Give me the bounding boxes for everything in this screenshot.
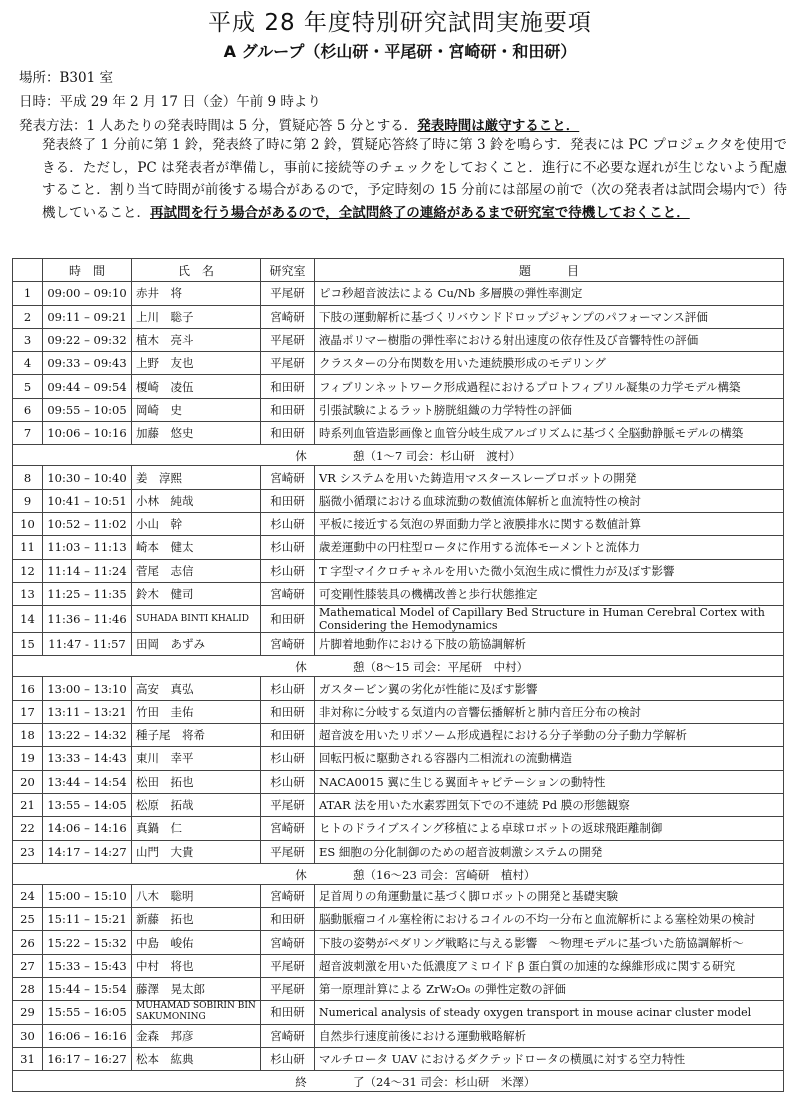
row-time: 09:00 – 09:10	[43, 282, 132, 305]
row-time: 09:55 – 10:05	[43, 398, 132, 421]
row-name: 姜 淳熙	[132, 466, 261, 489]
row-number: 1	[13, 282, 43, 305]
row-title: 下肢の運動解析に基づくリバウンドドロップジャンプのパフォーマンス評価	[315, 305, 784, 328]
row-time: 13:00 – 13:10	[43, 677, 132, 700]
table-row: 2314:17 – 14:27山門 大貴平尾研ES 細胞の分化制御のための超音波…	[13, 840, 784, 863]
row-title: T 字型マイクロチャネルを用いた微小気泡生成に慣性力が及ぼす影響	[315, 559, 784, 582]
row-number: 30	[13, 1024, 43, 1047]
table-row: 2415:00 – 15:10八木 聡明宮崎研足首周りの角運動量に基づく脚ロボッ…	[13, 884, 784, 907]
row-title: Numerical analysis of steady oxygen tran…	[315, 1001, 784, 1024]
row-title: 超音波刺激を用いた低濃度アミロイド β 蛋白質の加速的な線維形成に関する研究	[315, 954, 784, 977]
table-row: 1913:33 – 14:43東川 幸平杉山研回転円板に駆動される容器内二相流れ…	[13, 747, 784, 770]
table-row: 3016:06 – 16:16金森 邦彦宮崎研自然歩行速度前後における運動戦略解…	[13, 1024, 784, 1047]
row-name: 東川 幸平	[132, 747, 261, 770]
table-row: 1511:47 - 11:57田岡 あずみ宮崎研片脚着地動作における下肢の筋協調…	[13, 633, 784, 656]
row-number: 8	[13, 466, 43, 489]
row-lab: 宮崎研	[261, 1024, 315, 1047]
row-lab: 平尾研	[261, 793, 315, 816]
row-lab: 杉山研	[261, 559, 315, 582]
header-lab: 研究室	[261, 259, 315, 282]
row-name: 竹田 圭佑	[132, 700, 261, 723]
row-time: 14:06 – 14:16	[43, 817, 132, 840]
method-info: 発表方法：1 人あたりの発表時間は 5 分，質疑応答 5 分とする．発表時間は厳…	[19, 116, 579, 136]
row-title: 液晶ポリマー樹脂の弾性率における射出速度の依存性及び音響特性の評価	[315, 328, 784, 351]
row-number: 9	[13, 489, 43, 512]
table-row: 2214:06 – 14:16真鍋 仁宮崎研ヒトのドライブスイング移植による卓球…	[13, 817, 784, 840]
row-lab: 平尾研	[261, 978, 315, 1001]
row-number: 31	[13, 1047, 43, 1070]
row-number: 27	[13, 954, 43, 977]
row-title: 超音波を用いたリポソーム形成過程における分子挙動の分子動力学解析	[315, 724, 784, 747]
row-lab: 和田研	[261, 1001, 315, 1024]
row-number: 23	[13, 840, 43, 863]
row-number: 28	[13, 978, 43, 1001]
method-emphasis: 発表時間は厳守すること．	[417, 118, 579, 134]
row-name: 上川 聡子	[132, 305, 261, 328]
row-number: 11	[13, 536, 43, 559]
row-lab: 宮崎研	[261, 817, 315, 840]
table-row: 2013:44 – 14:54松田 拓也杉山研NACA0015 翼に生じる翼面キ…	[13, 770, 784, 793]
table-row: 509:44 – 09:54榎崎 凌伍和田研フィブリンネットワーク形成過程におけ…	[13, 375, 784, 398]
instructions-paragraph: 発表終了 1 分前に第 1 鈴，発表終了時に第 2 鈴，質疑応答終了時に第 3 …	[42, 134, 787, 224]
row-name: 植木 亮斗	[132, 328, 261, 351]
row-title: Mathematical Model of Capillary Bed Stru…	[315, 606, 784, 633]
row-lab: 杉山研	[261, 770, 315, 793]
row-name: 中島 峻佑	[132, 931, 261, 954]
row-time: 15:44 – 15:54	[43, 978, 132, 1001]
row-name: 岡崎 史	[132, 398, 261, 421]
table-row: 1311:25 – 11:35鈴木 健司宮崎研可変剛性膝装具の機構改善と歩行状態…	[13, 582, 784, 605]
row-number: 22	[13, 817, 43, 840]
row-lab: 平尾研	[261, 840, 315, 863]
row-name: 崎本 健太	[132, 536, 261, 559]
row-name: 八木 聡明	[132, 884, 261, 907]
row-name: 種子尾 将希	[132, 724, 261, 747]
row-lab: 宮崎研	[261, 884, 315, 907]
row-time: 11:25 – 11:35	[43, 582, 132, 605]
row-number: 19	[13, 747, 43, 770]
row-time: 14:17 – 14:27	[43, 840, 132, 863]
row-lab: 宮崎研	[261, 633, 315, 656]
row-number: 26	[13, 931, 43, 954]
row-lab: 和田研	[261, 606, 315, 633]
row-title: 片脚着地動作における下肢の筋協調解析	[315, 633, 784, 656]
row-title: VR システムを用いた鋳造用マスタースレーブロボットの開発	[315, 466, 784, 489]
page-title: 平成 28 年度特別研究試問実施要項	[0, 4, 800, 37]
table-row: 109:00 – 09:10赤井 将平尾研ピコ秒超音波法による Cu/Nb 多層…	[13, 282, 784, 305]
row-title: 足首周りの角運動量に基づく脚ロボットの開発と基礎実験	[315, 884, 784, 907]
row-time: 15:33 – 15:43	[43, 954, 132, 977]
row-name: 上野 友也	[132, 352, 261, 375]
row-title: 非対称に分岐する気道内の音響伝播解析と肺内音圧分布の検討	[315, 700, 784, 723]
row-number: 14	[13, 606, 43, 633]
row-lab: 平尾研	[261, 954, 315, 977]
row-title: 脳微小循環における血球流動の数値流体解析と血流特性の検討	[315, 489, 784, 512]
row-name: 真鍋 仁	[132, 817, 261, 840]
table-row: 209:11 – 09:21上川 聡子宮崎研下肢の運動解析に基づくリバウンドドロ…	[13, 305, 784, 328]
row-title: ヒトのドライブスイング移植による卓球ロボットの返球飛距離制御	[315, 817, 784, 840]
table-row: 1613:00 – 13:10高安 真弘杉山研ガスタービン翼の劣化が性能に及ぼす…	[13, 677, 784, 700]
instructions-emphasis: 再試問を行う場合があるので，全試問終了の連絡があるまで研究室で待機しておくこと．	[150, 205, 690, 221]
row-number: 7	[13, 422, 43, 445]
row-time: 13:11 – 13:21	[43, 700, 132, 723]
table-row: 710:06 – 10:16加藤 悠史和田研時系列血管造影画像と血管分岐生成アル…	[13, 422, 784, 445]
row-time: 09:44 – 09:54	[43, 375, 132, 398]
row-time: 10:52 – 11:02	[43, 512, 132, 535]
row-name: 榎崎 凌伍	[132, 375, 261, 398]
row-number: 15	[13, 633, 43, 656]
table-row: 910:41 – 10:51小林 純哉和田研脳微小循環における血球流動の数値流体…	[13, 489, 784, 512]
row-title: 時系列血管造影画像と血管分岐生成アルゴリズムに基づく全脳動静脈モデルの構築	[315, 422, 784, 445]
header-no	[13, 259, 43, 282]
row-title: 自然歩行速度前後における運動戦略解析	[315, 1024, 784, 1047]
row-title: 引張試験によるラット膀胱組織の力学特性の評価	[315, 398, 784, 421]
row-title: クラスターの分布関数を用いた連続膜形成のモデリング	[315, 352, 784, 375]
row-name: 松田 拓也	[132, 770, 261, 793]
row-title: ピコ秒超音波法による Cu/Nb 多層膜の弾性率測定	[315, 282, 784, 305]
break-row: 休憩（16〜23 司会：宮崎研 植村）	[13, 863, 784, 884]
row-name: 小山 幹	[132, 512, 261, 535]
table-row: 1813:22 – 14:32種子尾 将希和田研超音波を用いたリポソーム形成過程…	[13, 724, 784, 747]
break-cell: 休憩（8〜15 司会：平尾研 中村）	[13, 656, 784, 677]
row-title: 下肢の姿勢がペダリング戦略に与える影響 〜物理モデルに基づいた筋協調解析〜	[315, 931, 784, 954]
table-row: 3116:17 – 16:27松本 紘典杉山研マルチロータ UAV におけるダク…	[13, 1047, 784, 1070]
table-row: 309:22 – 09:32植木 亮斗平尾研液晶ポリマー樹脂の弾性率における射出…	[13, 328, 784, 351]
row-lab: 和田研	[261, 422, 315, 445]
row-time: 13:22 – 14:32	[43, 724, 132, 747]
header-time: 時 間	[43, 259, 132, 282]
date-info: 日時：平成 29 年 2 月 17 日（金）午前 9 時より	[19, 92, 321, 112]
row-name: 金森 邦彦	[132, 1024, 261, 1047]
row-time: 11:14 – 11:24	[43, 559, 132, 582]
row-time: 13:55 – 14:05	[43, 793, 132, 816]
break-cell: 休憩（1〜7 司会：杉山研 渡村）	[13, 445, 784, 466]
break-row: 休憩（1〜7 司会：杉山研 渡村）	[13, 445, 784, 466]
row-time: 09:33 – 09:43	[43, 352, 132, 375]
row-name: 鈴木 健司	[132, 582, 261, 605]
row-title: 脳動脈瘤コイル塞栓術におけるコイルの不均一分布と血流解析による塞栓効果の検討	[315, 908, 784, 931]
row-title: ガスタービン翼の劣化が性能に及ぼす影響	[315, 677, 784, 700]
row-name: 藤澤 晃太郎	[132, 978, 261, 1001]
row-lab: 杉山研	[261, 677, 315, 700]
break-chair: 憩（16〜23 司会：宮崎研 植村）	[353, 867, 535, 883]
row-time: 15:00 – 15:10	[43, 884, 132, 907]
row-lab: 平尾研	[261, 352, 315, 375]
row-title: NACA0015 翼に生じる翼面キャビテーションの動特性	[315, 770, 784, 793]
row-lab: 平尾研	[261, 282, 315, 305]
table-row: 810:30 – 10:40姜 淳熙宮崎研VR システムを用いた鋳造用マスタース…	[13, 466, 784, 489]
table-row: 1713:11 – 13:21竹田 圭佑和田研非対称に分岐する気道内の音響伝播解…	[13, 700, 784, 723]
table-row: 2615:22 – 15:32中島 峻佑宮崎研下肢の姿勢がペダリング戦略に与える…	[13, 931, 784, 954]
group-subtitle: A グループ（杉山研・平尾研・宮崎研・和田研）	[0, 39, 800, 62]
row-title: 第一原理計算による ZrW₂O₈ の弾性定数の評価	[315, 978, 784, 1001]
break-chair: 憩（1〜7 司会：杉山研 渡村）	[353, 448, 521, 464]
row-name: 山門 大貴	[132, 840, 261, 863]
row-lab: 和田研	[261, 398, 315, 421]
row-name: 菅尾 志信	[132, 559, 261, 582]
row-lab: 宮崎研	[261, 931, 315, 954]
row-lab: 和田研	[261, 375, 315, 398]
row-time: 11:36 – 11:46	[43, 606, 132, 633]
row-time: 11:03 – 11:13	[43, 536, 132, 559]
table-row: 2113:55 – 14:05松原 拓哉平尾研ATAR 法を用いた水素雰囲気下で…	[13, 793, 784, 816]
row-time: 15:55 – 16:05	[43, 1001, 132, 1024]
table-row: 2815:44 – 15:54藤澤 晃太郎平尾研第一原理計算による ZrW₂O₈…	[13, 978, 784, 1001]
row-lab: 宮崎研	[261, 305, 315, 328]
table-row: 2915:55 – 16:05MUHAMAD SOBIRIN BIN SAKUM…	[13, 1001, 784, 1024]
row-number: 10	[13, 512, 43, 535]
row-lab: 和田研	[261, 700, 315, 723]
row-time: 09:11 – 09:21	[43, 305, 132, 328]
table-row: 1411:36 – 11:46SUHADA BINTI KHALID和田研Mat…	[13, 606, 784, 633]
row-title: 歳差運動中の円柱型ロータに作用する流体モーメントと流体力	[315, 536, 784, 559]
break-label: 休	[269, 659, 333, 675]
row-lab: 杉山研	[261, 747, 315, 770]
row-name: 加藤 悠史	[132, 422, 261, 445]
row-number: 20	[13, 770, 43, 793]
row-title: フィブリンネットワーク形成過程におけるプロトフィブリル凝集の力学モデル構築	[315, 375, 784, 398]
table-header-row: 時 間 氏 名 研究室 題 目	[13, 259, 784, 282]
row-time: 15:11 – 15:21	[43, 908, 132, 931]
row-time: 13:33 – 14:43	[43, 747, 132, 770]
table-row: 609:55 – 10:05岡崎 史和田研引張試験によるラット膀胱組織の力学特性…	[13, 398, 784, 421]
row-number: 5	[13, 375, 43, 398]
row-lab: 杉山研	[261, 536, 315, 559]
method-text: 発表方法：1 人あたりの発表時間は 5 分，質疑応答 5 分とする．	[19, 118, 417, 134]
row-name: SUHADA BINTI KHALID	[132, 606, 261, 633]
table-row: 1111:03 – 11:13崎本 健太杉山研歳差運動中の円柱型ロータに作用する…	[13, 536, 784, 559]
table-row: 1211:14 – 11:24菅尾 志信杉山研T 字型マイクロチャネルを用いた微…	[13, 559, 784, 582]
row-number: 29	[13, 1001, 43, 1024]
row-name: 松原 拓哉	[132, 793, 261, 816]
row-number: 24	[13, 884, 43, 907]
row-time: 10:41 – 10:51	[43, 489, 132, 512]
row-title: ATAR 法を用いた水素雰囲気下での不連続 Pd 膜の形態観察	[315, 793, 784, 816]
row-title: 可変剛性膝装具の機構改善と歩行状態推定	[315, 582, 784, 605]
row-number: 25	[13, 908, 43, 931]
row-lab: 和田研	[261, 724, 315, 747]
schedule-body: 109:00 – 09:10赤井 将平尾研ピコ秒超音波法による Cu/Nb 多層…	[13, 282, 784, 1092]
row-title: 回転円板に駆動される容器内二相流れの流動構造	[315, 747, 784, 770]
row-lab: 杉山研	[261, 1047, 315, 1070]
row-number: 4	[13, 352, 43, 375]
row-name: 中村 将也	[132, 954, 261, 977]
row-number: 17	[13, 700, 43, 723]
row-lab: 宮崎研	[261, 466, 315, 489]
row-title: マルチロータ UAV におけるダクテッドロータの横風に対する空力特性	[315, 1047, 784, 1070]
break-row: 終了（24〜31 司会：杉山研 米澤）	[13, 1071, 784, 1092]
row-name: 高安 真弘	[132, 677, 261, 700]
table-row: 409:33 – 09:43上野 友也平尾研クラスターの分布関数を用いた連続膜形…	[13, 352, 784, 375]
row-time: 11:47 - 11:57	[43, 633, 132, 656]
row-name: 田岡 あずみ	[132, 633, 261, 656]
row-name: 新藤 拓也	[132, 908, 261, 931]
row-number: 2	[13, 305, 43, 328]
row-time: 09:22 – 09:32	[43, 328, 132, 351]
break-label: 休	[269, 867, 333, 883]
table-row: 2515:11 – 15:21新藤 拓也和田研脳動脈瘤コイル塞栓術におけるコイル…	[13, 908, 784, 931]
break-chair: 了（24〜31 司会：杉山研 米澤）	[353, 1074, 535, 1090]
table-row: 1010:52 – 11:02小山 幹杉山研平板に接近する気泡の界面動力学と液膜…	[13, 512, 784, 535]
row-time: 16:06 – 16:16	[43, 1024, 132, 1047]
header-name: 氏 名	[132, 259, 261, 282]
row-name: 小林 純哉	[132, 489, 261, 512]
row-title: ES 細胞の分化制御のための超音波刺激システムの開発	[315, 840, 784, 863]
row-number: 12	[13, 559, 43, 582]
break-row: 休憩（8〜15 司会：平尾研 中村）	[13, 656, 784, 677]
row-time: 15:22 – 15:32	[43, 931, 132, 954]
table-row: 2715:33 – 15:43中村 将也平尾研超音波刺激を用いた低濃度アミロイド…	[13, 954, 784, 977]
place-info: 場所：B301 室	[19, 68, 113, 88]
row-number: 18	[13, 724, 43, 747]
row-number: 13	[13, 582, 43, 605]
row-number: 21	[13, 793, 43, 816]
row-lab: 杉山研	[261, 512, 315, 535]
row-number: 6	[13, 398, 43, 421]
break-label: 休	[269, 448, 333, 464]
row-lab: 平尾研	[261, 328, 315, 351]
break-cell: 休憩（16〜23 司会：宮崎研 植村）	[13, 863, 784, 884]
row-time: 10:06 – 10:16	[43, 422, 132, 445]
break-label: 終	[269, 1074, 333, 1090]
break-cell: 終了（24〜31 司会：杉山研 米澤）	[13, 1071, 784, 1092]
row-name: 松本 紘典	[132, 1047, 261, 1070]
row-lab: 和田研	[261, 489, 315, 512]
break-chair: 憩（8〜15 司会：平尾研 中村）	[353, 659, 528, 675]
row-time: 13:44 – 14:54	[43, 770, 132, 793]
row-time: 10:30 – 10:40	[43, 466, 132, 489]
header-title: 題 目	[315, 259, 784, 282]
row-number: 16	[13, 677, 43, 700]
row-time: 16:17 – 16:27	[43, 1047, 132, 1070]
schedule-table: 時 間 氏 名 研究室 題 目 109:00 – 09:10赤井 将平尾研ピコ秒…	[12, 258, 784, 1092]
row-number: 3	[13, 328, 43, 351]
row-title: 平板に接近する気泡の界面動力学と液膜排水に関する数値計算	[315, 512, 784, 535]
row-lab: 和田研	[261, 908, 315, 931]
row-lab: 宮崎研	[261, 582, 315, 605]
row-name: 赤井 将	[132, 282, 261, 305]
row-name: MUHAMAD SOBIRIN BIN SAKUMONING	[132, 1001, 261, 1024]
